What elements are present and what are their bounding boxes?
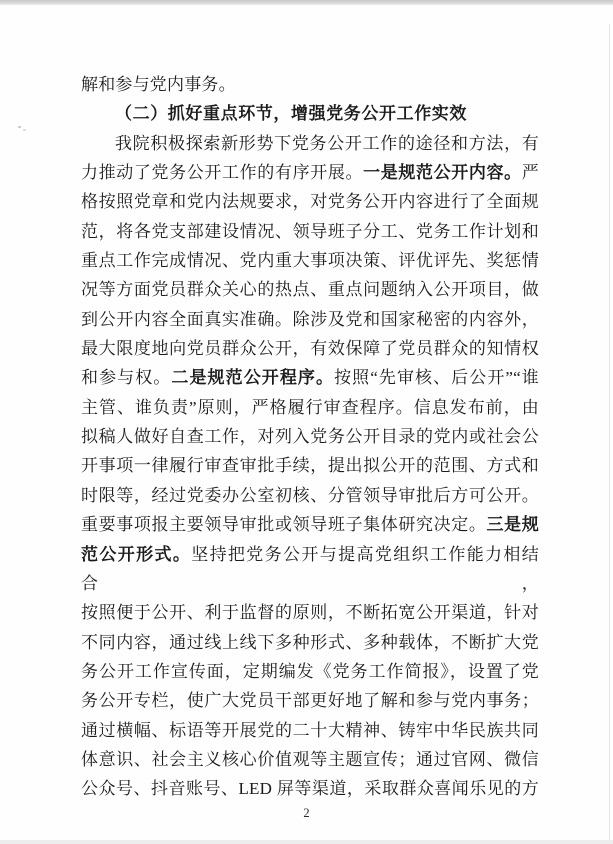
text-line: 开事项一律履行审查审批手续，提出拟公开的范围、方式和 (81, 451, 539, 480)
body-text: 范，将各党支部建设情况、领导班子分工、党务工作计划和 (81, 222, 539, 241)
text-line: 时限等，经过党委办公室初核、分管领导审批后方可公开。 (81, 481, 539, 510)
text-line: 况等方面党员群众关心的热点、重点问题纳入公开项目，做 (81, 275, 539, 304)
text-line: 格按照党章和党内法规要求，对党务公开内容进行了全面规 (81, 187, 539, 216)
body-text: 不同内容，通过线上线下多种形式、多种载体，不断扩大党 (81, 633, 539, 652)
text-line: 公众号、抖音账号、LED 屏等渠道，采取群众喜闻乐见的方 (81, 774, 539, 803)
body-text: 公众号、抖音账号、LED 屏等渠道，采取群众喜闻乐见的方 (81, 779, 539, 798)
text-line: 务公开工作宣传面，定期编发《党务工作简报》，设置了党 (81, 657, 539, 686)
section-heading: （二）抓好重点环节，增强党务公开工作实效 (81, 99, 539, 128)
text-line: 主管、谁负责”原则，严格履行审查程序。信息发布前，由 (81, 393, 539, 422)
text-line: 力推动了党务公开工作的有序开展。一是规范公开内容。严 (81, 158, 539, 187)
text-line: 拟稿人做好自查工作，对列入党务公开目录的党内或社会公 (81, 422, 539, 451)
emphasized-text: 二是规范公开程序。 (171, 368, 334, 387)
body-text: 和参与权。 (81, 368, 171, 387)
text-line: 我院积极探索新形势下党务公开工作的途径和方法，有 (81, 129, 539, 158)
body-text: 严 (522, 163, 539, 182)
body-text: 按照“先审核、后公开”“谁 (334, 368, 539, 387)
text-line: 和参与权。二是规范公开程序。按照“先审核、后公开”“谁 (81, 363, 539, 392)
scan-edge-top (0, 0, 613, 5)
text-line: 按照便于公开、利于监督的原则，不断拓宽公开渠道，针对 (81, 598, 539, 627)
body-text: 力推动了党务公开工作的有序开展。 (81, 163, 363, 182)
text-line: 重要事项报主要领导审批或领导班子集体研究决定。三是规 (81, 510, 539, 539)
body-text: 务公开工作宣传面，定期编发《党务工作简报》，设置了党 (81, 662, 539, 681)
text-line: 通过横幅、标语等开展党的二十大精神、铸牢中华民族共同 (81, 716, 539, 745)
text-line: 不同内容，通过线上线下多种形式、多种载体，不断扩大党 (81, 628, 539, 657)
scan-edge-bottom (0, 840, 613, 844)
scan-speck (18, 126, 21, 128)
body-text: 到公开内容全面真实准确。除涉及党和国家秘密的内容外， (81, 310, 539, 329)
body-text: 体意识、社会主义核心价值观等主题宣传；通过官网、微信 (81, 750, 539, 769)
body-text: 按照便于公开、利于监督的原则，不断拓宽公开渠道，针对 (81, 603, 539, 622)
body-text: 格按照党章和党内法规要求，对党务公开内容进行了全面规 (81, 192, 539, 211)
emphasized-text: 范公开形式。 (81, 545, 191, 564)
body-text: 通过横幅、标语等开展党的二十大精神、铸牢中华民族共同 (81, 721, 539, 740)
text-line: 范公开形式。坚持把党务公开与提高党组织工作能力相结合， (81, 540, 539, 599)
body-text: 解和参与党内事务。 (81, 75, 236, 94)
scan-edge-right (609, 24, 610, 844)
body-text: 况等方面党员群众关心的热点、重点问题纳入公开项目，做 (81, 280, 539, 299)
emphasized-text: 三是规 (487, 515, 539, 534)
body-text: 重要事项报主要领导审批或领导班子集体研究决定。 (81, 515, 487, 534)
body-text: 务公开专栏，使广大党员干部更好地了解和参与党内事务； (81, 691, 539, 710)
document-body: 解和参与党内事务。（二）抓好重点环节，增强党务公开工作实效我院积极探索新形势下党… (81, 70, 539, 804)
scanned-document-page: 解和参与党内事务。（二）抓好重点环节，增强党务公开工作实效我院积极探索新形势下党… (0, 0, 613, 844)
text-line: 到公开内容全面真实准确。除涉及党和国家秘密的内容外， (81, 305, 539, 334)
body-text: 开事项一律履行审查审批手续，提出拟公开的范围、方式和 (81, 456, 539, 475)
body-text: 时限等，经过党委办公室初核、分管领导审批后方可公开。 (81, 486, 539, 505)
body-text: 我院积极探索新形势下党务公开工作的途径和方法，有 (115, 134, 539, 153)
body-text: 拟稿人做好自查工作，对列入党务公开目录的党内或社会公 (81, 427, 539, 446)
body-text: 重点工作完成情况、党内重大事项决策、评优评先、奖惩情 (81, 251, 539, 270)
text-line: 最大限度地向党员群众公开，有效保障了党员群众的知情权 (81, 334, 539, 363)
text-line: 范，将各党支部建设情况、领导班子分工、党务工作计划和 (81, 217, 539, 246)
text-line: 务公开专栏，使广大党员干部更好地了解和参与党内事务； (81, 686, 539, 715)
page-number: 2 (0, 806, 613, 821)
emphasized-text: 一是规范公开内容。 (363, 163, 522, 182)
emphasized-text: （二）抓好重点环节，增强党务公开工作实效 (115, 104, 467, 123)
body-text: 主管、谁负责”原则，严格履行审查程序。信息发布前，由 (81, 398, 539, 417)
text-line: 解和参与党内事务。 (81, 70, 539, 99)
body-text: 最大限度地向党员群众公开，有效保障了党员群众的知情权 (81, 339, 539, 358)
text-line: 体意识、社会主义核心价值观等主题宣传；通过官网、微信 (81, 745, 539, 774)
text-line: 重点工作完成情况、党内重大事项决策、评优评先、奖惩情 (81, 246, 539, 275)
